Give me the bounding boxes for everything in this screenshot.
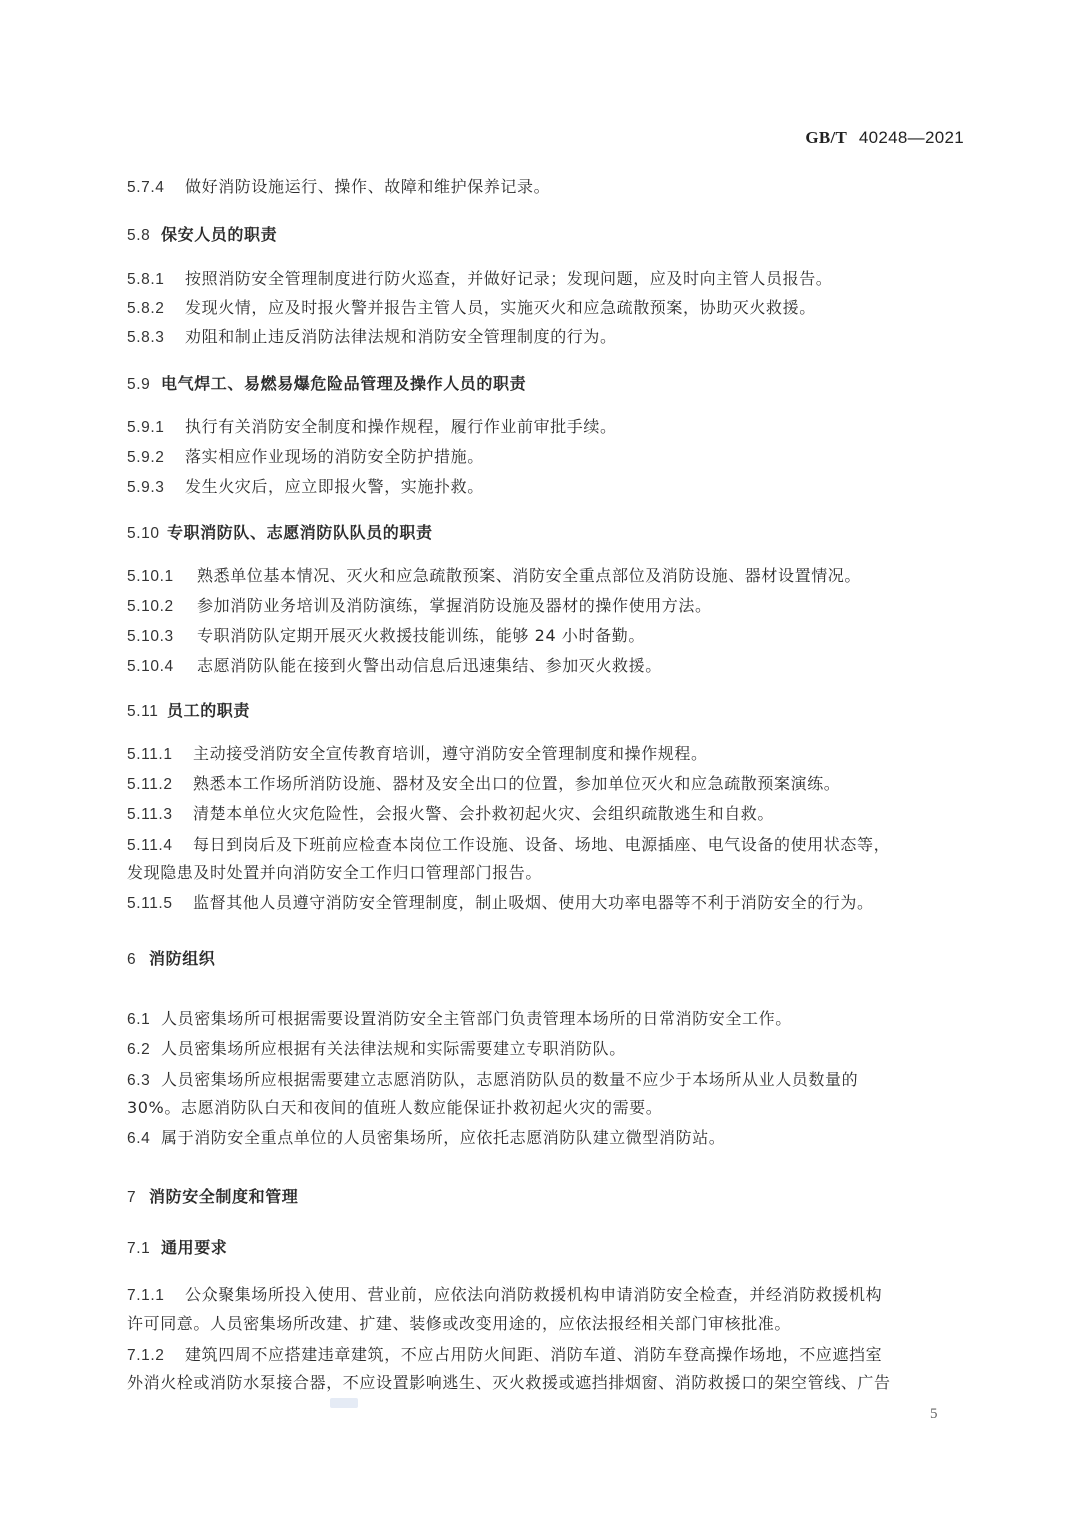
- chapter-number: 6: [127, 947, 149, 973]
- section-title: 保安人员的职责: [161, 225, 277, 244]
- chapter-title: 消防组织: [149, 949, 215, 968]
- clause-5-7-4: 5.7.4做好消防设施运行、操作、故障和维护保养记录。: [127, 174, 550, 201]
- clause-number: 5.11.5: [127, 891, 193, 917]
- clause-number: 6.3: [127, 1068, 161, 1094]
- clause-text: 公众聚集场所投入使用、营业前，应依法向消防救援机构申请消防安全检查，并经消防救援…: [185, 1285, 882, 1304]
- clause-number: 5.7.4: [127, 175, 185, 201]
- clause-5-11-1: 5.11.1主动接受消防安全宣传教育培训，遵守消防安全管理制度和操作规程。: [127, 741, 708, 768]
- clause-5-9-1: 5.9.1执行有关消防安全制度和操作规程，履行作业前审批手续。: [127, 414, 617, 441]
- chapter-number: 7: [127, 1185, 149, 1211]
- clause-text: 人员密集场所应根据需要建立志愿消防队，志愿消防队员的数量不应少于本场所从业人员数…: [161, 1070, 858, 1089]
- clause-5-9-2: 5.9.2落实相应作业现场的消防安全防护措施。: [127, 444, 484, 471]
- clause-5-11-4-cont: 发现隐患及时处置并向消防安全工作归口管理部门报告。: [127, 860, 542, 886]
- page-number: 5: [930, 1406, 938, 1423]
- clause-text: 参加消防业务培训及消防演练，掌握消防设施及器材的操作使用方法。: [197, 596, 712, 615]
- clause-text-continuation: 30%。志愿消防队白天和夜间的值班人数应能保证扑救初起火灾的需要。: [127, 1098, 662, 1117]
- clause-number: 5.11.2: [127, 772, 193, 798]
- clause-7-1-1: 7.1.1公众聚集场所投入使用、营业前，应依法向消防救援机构申请消防安全检查，并…: [127, 1282, 882, 1309]
- clause-text-continuation: 发现隐患及时处置并向消防安全工作归口管理部门报告。: [127, 863, 542, 882]
- clause-text-continuation: 许可同意。人员密集场所改建、扩建、装修或改变用途的，应依法报经相关部门审核批准。: [127, 1314, 791, 1333]
- clause-5-9-3: 5.9.3发生火灾后，应立即报火警，实施扑救。: [127, 474, 484, 501]
- clause-number: 5.10.4: [127, 654, 197, 680]
- clause-number: 5.8.2: [127, 296, 185, 322]
- clause-5-11-2: 5.11.2熟悉本工作场所消防设施、器材及安全出口的位置，参加单位灭火和应急疏散…: [127, 771, 840, 798]
- clause-text: 主动接受消防安全宣传教育培训，遵守消防安全管理制度和操作规程。: [193, 744, 708, 763]
- clause-5-8-1: 5.8.1按照消防安全管理制度进行防火巡查，并做好记录；发现问题，应及时向主管人…: [127, 266, 832, 293]
- clause-text: 人员密集场所应根据有关法律法规和实际需要建立专职消防队。: [161, 1039, 626, 1058]
- section-heading-5-10: 5.10专职消防队、志愿消防队队员的职责: [127, 520, 433, 547]
- clause-text: 熟悉本工作场所消防设施、器材及安全出口的位置，参加单位灭火和应急疏散预案演练。: [193, 774, 840, 793]
- clause-text: 劝阻和制止违反消防法律法规和消防安全管理制度的行为。: [185, 327, 617, 346]
- clause-5-8-3: 5.8.3劝阻和制止违反消防法律法规和消防安全管理制度的行为。: [127, 324, 617, 351]
- clause-text: 发生火灾后，应立即报火警，实施扑救。: [185, 477, 484, 496]
- clause-7-1-2: 7.1.2建筑四周不应搭建违章建筑，不应占用防火间距、消防车道、消防车登高操作场…: [127, 1342, 882, 1369]
- clause-text: 人员密集场所可根据需要设置消防安全主管部门负责管理本场所的日常消防安全工作。: [161, 1009, 792, 1028]
- clause-5-11-3: 5.11.3清楚本单位火灾危险性，会报火警、会扑救初起火灾、会组织疏散逃生和自救…: [127, 801, 774, 828]
- clause-5-11-4: 5.11.4每日到岗后及下班前应检查本岗位工作设施、设备、场地、电源插座、电气设…: [127, 832, 890, 859]
- section-heading-7-1: 7.1通用要求: [127, 1235, 227, 1262]
- standard-code: GB/T: [805, 128, 847, 147]
- chapter-heading-6: 6消防组织: [127, 946, 215, 973]
- clause-5-10-3: 5.10.3专职消防队定期开展灭火救援技能训练，能够 24 小时备勤。: [127, 623, 645, 650]
- clause-number: 7.1.1: [127, 1283, 185, 1309]
- clause-number: 6.4: [127, 1126, 161, 1152]
- clause-5-10-4: 5.10.4志愿消防队能在接到火警出动信息后迅速集结、参加灭火救援。: [127, 653, 662, 680]
- standard-header: GB/T 40248—2021: [805, 128, 964, 148]
- clause-text: 按照消防安全管理制度进行防火巡查，并做好记录；发现问题，应及时向主管人员报告。: [185, 269, 832, 288]
- clause-number: 6.2: [127, 1037, 161, 1063]
- clause-text: 执行有关消防安全制度和操作规程，履行作业前审批手续。: [185, 417, 617, 436]
- section-title: 电气焊工、易燃易爆危险品管理及操作人员的职责: [161, 374, 526, 393]
- clause-5-11-5: 5.11.5监督其他人员遵守消防安全管理制度，制止吸烟、使用大功率电器等不利于消…: [127, 890, 874, 917]
- section-heading-5-9: 5.9电气焊工、易燃易爆危险品管理及操作人员的职责: [127, 371, 526, 398]
- standard-number: 40248—2021: [859, 128, 964, 147]
- clause-7-1-1-cont: 许可同意。人员密集场所改建、扩建、装修或改变用途的，应依法报经相关部门审核批准。: [127, 1311, 791, 1337]
- clause-number: 5.10.2: [127, 594, 197, 620]
- chapter-title: 消防安全制度和管理: [149, 1187, 298, 1206]
- clause-number: 7.1.2: [127, 1343, 185, 1369]
- section-title: 通用要求: [161, 1238, 227, 1257]
- clause-number: 5.10.3: [127, 624, 197, 650]
- clause-text-continuation: 外消火栓或消防水泵接合器，不应设置影响逃生、灭火救援或遮挡排烟窗、消防救援口的架…: [127, 1373, 891, 1392]
- clause-number: 5.8.3: [127, 325, 185, 351]
- clause-text: 落实相应作业现场的消防安全防护措施。: [185, 447, 484, 466]
- clause-6-3-cont: 30%。志愿消防队白天和夜间的值班人数应能保证扑救初起火灾的需要。: [127, 1095, 662, 1121]
- section-heading-5-8: 5.8保安人员的职责: [127, 222, 277, 249]
- clause-5-10-1: 5.10.1熟悉单位基本情况、灭火和应急疏散预案、消防安全重点部位及消防设施、器…: [127, 563, 861, 590]
- clause-6-1: 6.1人员密集场所可根据需要设置消防安全主管部门负责管理本场所的日常消防安全工作…: [127, 1006, 792, 1033]
- clause-text: 专职消防队定期开展灭火救援技能训练，能够 24 小时备勤。: [197, 626, 645, 645]
- section-title: 员工的职责: [167, 701, 250, 720]
- clause-number: 5.11.4: [127, 833, 193, 859]
- clause-text: 熟悉单位基本情况、灭火和应急疏散预案、消防安全重点部位及消防设施、器材设置情况。: [197, 566, 861, 585]
- clause-text: 清楚本单位火灾危险性，会报火警、会扑救初起火灾、会组织疏散逃生和自救。: [193, 804, 774, 823]
- clause-text: 建筑四周不应搭建违章建筑，不应占用防火间距、消防车道、消防车登高操作场地，不应遮…: [185, 1345, 882, 1364]
- clause-6-3: 6.3人员密集场所应根据需要建立志愿消防队，志愿消防队员的数量不应少于本场所从业…: [127, 1067, 858, 1094]
- clause-6-4: 6.4属于消防安全重点单位的人员密集场所，应依托志愿消防队建立微型消防站。: [127, 1125, 725, 1152]
- clause-number: 5.11.1: [127, 742, 193, 768]
- clause-text: 发现火情，应及时报火警并报告主管人员，实施灭火和应急疏散预案，协助灭火救援。: [185, 298, 816, 317]
- clause-number: 5.10.1: [127, 564, 197, 590]
- clause-number: 5.8.1: [127, 267, 185, 293]
- clause-text: 每日到岗后及下班前应检查本岗位工作设施、设备、场地、电源插座、电气设备的使用状态…: [193, 835, 890, 854]
- clause-number: 5.9.3: [127, 475, 185, 501]
- section-number: 5.9: [127, 372, 161, 398]
- watermark-mark: [330, 1398, 358, 1408]
- clause-6-2: 6.2人员密集场所应根据有关法律法规和实际需要建立专职消防队。: [127, 1036, 626, 1063]
- section-number: 7.1: [127, 1236, 161, 1262]
- clause-5-8-2: 5.8.2发现火情，应及时报火警并报告主管人员，实施灭火和应急疏散预案，协助灭火…: [127, 295, 816, 322]
- clause-number: 5.9.2: [127, 445, 185, 471]
- clause-number: 5.11.3: [127, 802, 193, 828]
- chapter-heading-7: 7消防安全制度和管理: [127, 1184, 298, 1211]
- clause-number: 5.9.1: [127, 415, 185, 441]
- clause-text: 做好消防设施运行、操作、故障和维护保养记录。: [185, 177, 550, 196]
- section-number: 5.11: [127, 699, 167, 725]
- section-number: 5.8: [127, 223, 161, 249]
- section-number: 5.10: [127, 521, 167, 547]
- clause-number: 6.1: [127, 1007, 161, 1033]
- clause-text: 属于消防安全重点单位的人员密集场所，应依托志愿消防队建立微型消防站。: [161, 1128, 725, 1147]
- clause-7-1-2-cont: 外消火栓或消防水泵接合器，不应设置影响逃生、灭火救援或遮挡排烟窗、消防救援口的架…: [127, 1370, 891, 1396]
- clause-text: 志愿消防队能在接到火警出动信息后迅速集结、参加灭火救援。: [197, 656, 662, 675]
- clause-5-10-2: 5.10.2参加消防业务培训及消防演练，掌握消防设施及器材的操作使用方法。: [127, 593, 712, 620]
- section-heading-5-11: 5.11员工的职责: [127, 698, 250, 725]
- section-title: 专职消防队、志愿消防队队员的职责: [167, 523, 433, 542]
- clause-text: 监督其他人员遵守消防安全管理制度，制止吸烟、使用大功率电器等不利于消防安全的行为…: [193, 893, 874, 912]
